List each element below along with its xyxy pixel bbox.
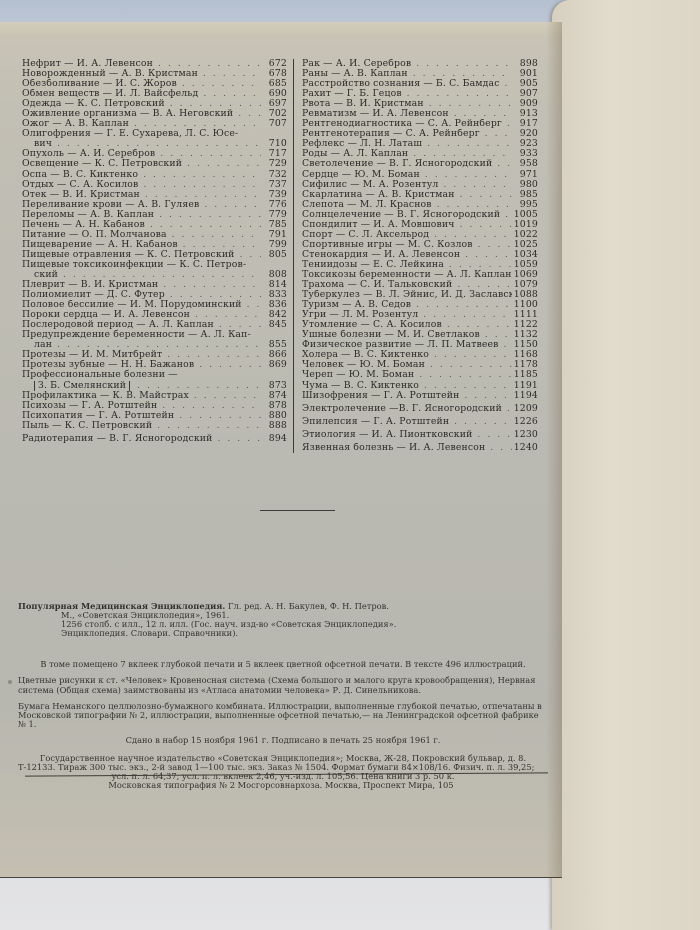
toc-entry: Холера — В. С. Киктенко1168 — [302, 350, 538, 360]
entry-title: Переливание крови — А. В. Гуляев — [22, 200, 261, 210]
page-number: 1209 — [512, 404, 538, 414]
page-number: 1194 — [512, 391, 538, 401]
facing-page — [552, 0, 700, 930]
page-number: 888 — [261, 421, 287, 431]
toc-entry: Чума — В. С. Киктенко1191 — [302, 381, 538, 391]
entry-title: Отек — В. И. Кристман — [22, 190, 261, 200]
entry-title: Череп — Ю. М. Боман — [302, 370, 512, 380]
toc-entry: Психопатия — Г. А. Ротштейн880 — [22, 411, 287, 421]
entry-title: Одежда — К. С. Петровский — [22, 99, 261, 109]
toc-entry: Светолечение — В. Г. Ясногородский958 — [302, 159, 538, 169]
entry-title: Рахит — Г. Б. Гецов — [302, 89, 512, 99]
entry-title: Светолечение — В. Г. Ясногородский — [302, 159, 512, 169]
toc-entry: Тениидозы — Е. С. Лейкина1059 — [302, 260, 538, 270]
page-number: 845 — [261, 320, 287, 330]
toc-entry: Обмен веществ — И. Л. Вайсфельд690 — [22, 89, 287, 99]
entry-title: Трахома — С. И. Тальковский — [302, 280, 512, 290]
toc-entry: Оживление организма — В. А. Неговский702 — [22, 109, 287, 119]
toc-entry: Ушные болезни — М. И. Светлаков1132 — [302, 330, 538, 340]
toc-entry: Олигофрения — Г. Е. Сухарева, Л. С. Юсе-… — [22, 129, 287, 149]
entry-title: Спондилит — И. А. Мовшович — [302, 220, 512, 230]
toc-entry: Обезболивание — И. С. Жоров685 — [22, 79, 287, 89]
toc-entry: Сифилис — М. А. Розентул980 — [302, 180, 538, 190]
entry-title: Обмен веществ — И. Л. Вайсфельд — [22, 89, 261, 99]
toc-entry: Радиотерапия — В. Г. Ясногородский894 — [22, 434, 287, 444]
entry-title: Спорт — С. Л. Аксельрод — [302, 230, 512, 240]
toc-entry: Роды — А. Л. Каплан933 — [302, 149, 538, 159]
toc-entry: Угри — Л. М. Розентул1111 — [302, 310, 538, 320]
toc-entry: Предупреждение беременности — А. Л. Кап-… — [22, 330, 287, 350]
paper-note: Бумага Неманского целлюлозно-бумажного к… — [18, 702, 548, 729]
entry-title: Утомление — С. А. Косилов — [302, 320, 512, 330]
entry-title: Роды — А. Л. Каплан — [302, 149, 512, 159]
toc-entry: Отдых — С. А. Косилов737 — [22, 180, 287, 190]
entry-title: Психозы — Г. А. Ротштейн — [22, 401, 261, 411]
toc-entry: Физическое развитие — Л. П. Матвеев1150 — [302, 340, 538, 350]
page-number: 1185 — [512, 370, 538, 380]
entry-title: Скарлатина — А. В. Кристман — [302, 190, 512, 200]
entry-title: Рентгенодиагностика — С. А. Рейнберг — [302, 119, 512, 129]
insert-note: В томе помещено 7 вклеек глубокой печати… — [18, 660, 548, 669]
toc-entry: Язвенная болезнь — И. А. Левенсон1240 — [302, 443, 538, 453]
toc-entry: Половое бессилие — И. М. Порудоминский83… — [22, 300, 287, 310]
toc-entry: Отек — В. И. Кристман739 — [22, 190, 287, 200]
toc-entry: Психозы — Г. А. Ротштейн878 — [22, 401, 287, 411]
entry-title: Чума — В. С. Киктенко — [302, 381, 512, 391]
entry-title: Протезы — И. М. Митбрейт — [22, 350, 261, 360]
entry-title: Пищеварение — А. Н. Кабанов — [22, 240, 261, 250]
entry-title: Отдых — С. А. Косилов — [22, 180, 261, 190]
entry-title-continuation: ский — [34, 270, 58, 280]
entry-title: Радиотерапия — В. Г. Ясногородский — [22, 434, 261, 444]
toc-entry: Раны — А. В. Каплан901 — [302, 69, 538, 79]
colophon: Популярная Медицинская Энциклопедия. Гл.… — [18, 602, 548, 781]
toc-entry: Расстройство сознания — Б. С. Бамдас905 — [302, 79, 538, 89]
entry-title-continuation: вич — [34, 139, 52, 149]
toc-entry: Этиология — И. А. Пионтковский1230 — [302, 430, 538, 440]
entry-title: Олигофрения — Г. Е. Сухарева, Л. С. Юсе- — [22, 129, 287, 139]
toc-entry: Рак — А. И. Серебров898 — [302, 59, 538, 69]
toc-entry: Скарлатина — А. В. Кристман985 — [302, 190, 538, 200]
toc-entry: Спортивные игры — М. С. Козлов1025 — [302, 240, 538, 250]
toc-entry: Пищеварение — А. Н. Кабанов799 — [22, 240, 287, 250]
toc-entry: Профилактика — К. В. Майстрах874 — [22, 391, 287, 401]
toc-entry: Опухоль — А. И. Серебров717 — [22, 149, 287, 159]
entry-title: Половое бессилие — И. М. Порудоминский — [22, 300, 261, 310]
toc-entry: Рвота — В. И. Кристман909 — [302, 99, 538, 109]
entry-title: Расстройство сознания — Б. С. Бамдас — [302, 79, 512, 89]
entry-title: Туризм — А. В. Седов — [302, 300, 512, 310]
entry-title: Переломы — А. В. Каплан — [22, 210, 261, 220]
toc-entry: Питание — О. П. Молчанова791 — [22, 230, 287, 240]
entry-title: Пищевые токсикоинфекции — К. С. Петров- — [22, 260, 287, 270]
page-number: 869 — [261, 360, 287, 370]
table-of-contents: Нефрит — И. А. Левенсон672Новорожденный … — [22, 59, 530, 453]
entry-title: Профессиональные болезни — — [22, 370, 287, 380]
page-number: 1240 — [512, 443, 538, 453]
toc-entry: Ревматизм — И. А. Левенсон913 — [302, 109, 538, 119]
entry-title: Психопатия — Г. А. Ротштейн — [22, 411, 261, 421]
page-top-edge — [0, 22, 562, 38]
toc-entry: Профессиональные болезни —З. Б. Смелянск… — [22, 370, 287, 390]
toc-entry: Эпилепсия — Г. А. Ротштейн1226 — [302, 417, 538, 427]
entry-title: Шизофрения — Г. А. Ротштейн — [302, 391, 512, 401]
toc-entry: Пищевые токсикоинфекции — К. С. Петров-с… — [22, 260, 287, 280]
toc-entry: Протезы — И. М. Митбрейт866 — [22, 350, 287, 360]
toc-entry: Пыль — К. С. Петровский888 — [22, 421, 287, 431]
paper-speck — [8, 680, 12, 684]
section-divider — [260, 510, 335, 511]
page-number: 1230 — [512, 430, 538, 440]
entry-title: Туберкулез — В. Л. Эйнис, И. Д. Заславск… — [302, 290, 512, 300]
page-number: 707 — [261, 119, 287, 129]
toc-entry: Рахит — Г. Б. Гецов907 — [302, 89, 538, 99]
toc-entry: Новорожденный — А. В. Кристман678 — [22, 69, 287, 79]
entry-title: Сердце — Ю. М. Боман — [302, 170, 512, 180]
entry-title: Пыль — К. С. Петровский — [22, 421, 261, 431]
entry-title: Рефлекс — Л. Н. Латаш — [302, 139, 512, 149]
entry-title: Токсикозы беременности — А. Л. Каплан — [302, 270, 512, 280]
entry-title: Сифилис — М. А. Розентул — [302, 180, 512, 190]
entry-title: Опухоль — А. И. Серебров — [22, 149, 261, 159]
toc-entry: Нефрит — И. А. Левенсон672 — [22, 59, 287, 69]
entry-title: Угри — Л. М. Розентул — [302, 310, 512, 320]
page-number: 729 — [261, 159, 287, 169]
entry-title: Ревматизм — И. А. Левенсон — [302, 109, 512, 119]
entry-title: Обезболивание — И. С. Жоров — [22, 79, 261, 89]
entry-title: Слепота — М. Л. Краснов — [302, 200, 512, 210]
toc-entry: Переливание крови — А. В. Гуляев776 — [22, 200, 287, 210]
page-number: 894 — [261, 434, 287, 444]
page-number: 1226 — [512, 417, 538, 427]
entry-title: Спортивные игры — М. С. Козлов — [302, 240, 512, 250]
toc-entry: Рентгенодиагностика — С. А. Рейнберг917 — [302, 119, 538, 129]
toc-entry: Печень — А. Н. Кабанов785 — [22, 220, 287, 230]
entry-title: Нефрит — И. А. Левенсон — [22, 59, 261, 69]
toc-entry: Рефлекс — Л. Н. Латаш923 — [302, 139, 538, 149]
toc-entry: Человек — Ю. М. Боман1178 — [302, 360, 538, 370]
toc-entry: Спорт — С. Л. Аксельрод1022 — [302, 230, 538, 240]
toc-right-column: Рак — А. И. Серебров898Раны — А. В. Капл… — [294, 59, 538, 453]
entry-title: Печень — А. Н. Кабанов — [22, 220, 261, 230]
entry-title: Тениидозы — Е. С. Лейкина — [302, 260, 512, 270]
entry-title: Рентгенотерапия — С. А. Рейнберг — [302, 129, 512, 139]
entry-title: Рак — А. И. Серебров — [302, 59, 512, 69]
toc-entry: Переломы — А. В. Каплан779 — [22, 210, 287, 220]
toc-entry: Череп — Ю. М. Боман1185 — [302, 370, 538, 380]
toc-entry: Пороки сердца — И. А. Левенсон842 — [22, 310, 287, 320]
entry-title: Рвота — В. И. Кристман — [302, 99, 512, 109]
entry-title: Человек — Ю. М. Боман — [302, 360, 512, 370]
toc-entry: Спондилит — И. А. Мовшович1019 — [302, 220, 538, 230]
spine-shadow — [546, 22, 562, 877]
toc-entry: Электролечение —В. Г. Ясногородский1209 — [302, 404, 538, 414]
toc-entry: Утомление — С. А. Косилов1122 — [302, 320, 538, 330]
toc-entry: Солнцелечение — В. Г. Ясногородский1005 — [302, 210, 538, 220]
entry-title: Оспа — В. С. Киктенко — [22, 170, 261, 180]
toc-entry: Полиомиелит — Д. С. Футер833 — [22, 290, 287, 300]
toc-entry: Туберкулез — В. Л. Эйнис, И. Д. Заславск… — [302, 290, 538, 300]
page-number: 805 — [261, 250, 287, 260]
entry-title: Оживление организма — В. А. Неговский — [22, 109, 261, 119]
printer-line: Московская типография № 2 Мосгорсовнархо… — [0, 780, 562, 790]
toc-entry: Шизофрения — Г. А. Ротштейн1194 — [302, 391, 538, 401]
entry-title: Пороки сердца — И. А. Левенсон — [22, 310, 261, 320]
toc-entry: Рентгенотерапия — С. А. Рейнберг920 — [302, 129, 538, 139]
toc-entry: Оспа — В. С. Киктенко732 — [22, 170, 287, 180]
toc-entry: Трахома — С. И. Тальковский1079 — [302, 280, 538, 290]
entry-title: Стенокардия — И. А. Левенсон — [302, 250, 512, 260]
entry-title: Солнцелечение — В. Г. Ясногородский — [302, 210, 512, 220]
entry-title: Физическое развитие — Л. П. Матвеев — [302, 340, 512, 350]
toc-entry: Одежда — К. С. Петровский697 — [22, 99, 287, 109]
entry-title: Электролечение —В. Г. Ясногородский — [302, 404, 512, 414]
toc-left-column: Нефрит — И. А. Левенсон672Новорожденный … — [22, 59, 294, 453]
entry-title: Холера — В. С. Киктенко — [302, 350, 512, 360]
color-drawings-note: Цветные рисунки к ст. «Человек» Кровенос… — [18, 676, 548, 694]
entry-title: Ушные болезни — М. И. Светлаков — [302, 330, 512, 340]
entry-title: Питание — О. П. Молчанова — [22, 230, 261, 240]
toc-entry: Сердце — Ю. М. Боман971 — [302, 170, 538, 180]
toc-entry: Слепота — М. Л. Краснов995 — [302, 200, 538, 210]
series-line: Энциклопедия. Словари. Справочники). — [18, 629, 548, 638]
entry-title: Плеврит — В. И. Кристман — [22, 280, 261, 290]
entry-title: Эпилепсия — Г. А. Ротштейн — [302, 417, 512, 427]
entry-title: Предупреждение беременности — А. Л. Кап- — [22, 330, 287, 340]
toc-entry: Стенокардия — И. А. Левенсон1034 — [302, 250, 538, 260]
page-number: 958 — [512, 159, 538, 169]
entry-title: Этиология — И. А. Пионтковский — [302, 430, 512, 440]
entry-title: Профилактика — К. В. Майстрах — [22, 391, 261, 401]
editors: Гл. ред. А. Н. Бакулев, Ф. Н. Петров. — [225, 601, 389, 611]
toc-entry: Освещение — К. С. Петровский729 — [22, 159, 287, 169]
dates-note: Сдано в набор 15 ноября 1961 г. Подписан… — [18, 736, 548, 745]
entry-title: Новорожденный — А. В. Кристман — [22, 69, 261, 79]
toc-entry: Плеврит — В. И. Кристман814 — [22, 280, 287, 290]
toc-entry: Токсикозы беременности — А. Л. Каплан106… — [302, 270, 538, 280]
toc-entry: Туризм — А. В. Седов1100 — [302, 300, 538, 310]
entry-title: Полиомиелит — Д. С. Футер — [22, 290, 261, 300]
entry-title: Язвенная болезнь — И. А. Левенсон — [302, 443, 512, 453]
entry-title: Раны — А. В. Каплан — [302, 69, 512, 79]
entry-title-continuation: З. Б. Смелянский — [34, 381, 130, 391]
entry-title-continuation: лан — [34, 340, 52, 350]
entry-title: Освещение — К. С. Петровский — [22, 159, 261, 169]
